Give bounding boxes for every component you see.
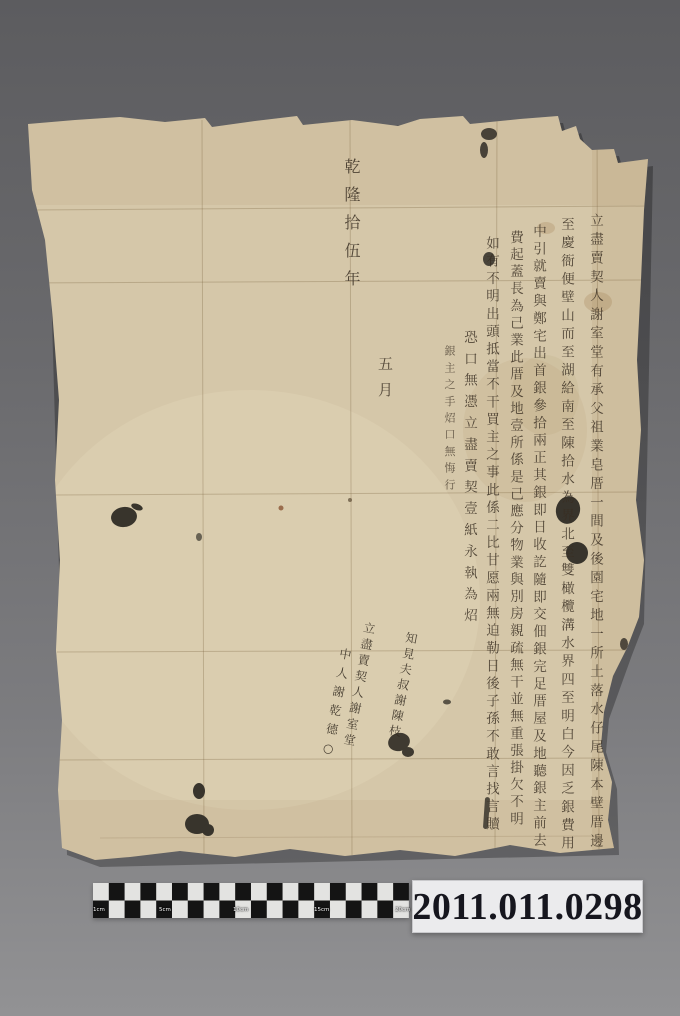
paper-top-shade xyxy=(28,110,648,205)
deed-text-column-6: 恐口無憑立盡賣契壹紙永執為炤 xyxy=(459,330,479,630)
calibration-ruler: 1cm 5cm 10cm 15cm 20cm xyxy=(93,883,409,918)
paper-light-area xyxy=(20,390,480,810)
manuscript-paper xyxy=(0,0,680,1016)
ruler-label-10cm: 10cm xyxy=(233,907,248,913)
deed-text-column-4: 費起蓋長為己業此厝及地壹所係是己應分物業與別房親疏無干並無重張掛欠不明 xyxy=(505,230,525,845)
photograph-background: 乾隆拾伍年 五月 立盡賣契人謝室堂有承父祖業皂厝一間及後園宅地一所土落水仔尾陳本… xyxy=(0,0,680,1016)
deed-text-column-1: 立盡賣契人謝室堂有承父祖業皂厝一間及後園宅地一所土落水仔尾陳本壁厝邊 xyxy=(585,213,605,853)
deed-month-column: 五月 xyxy=(375,356,396,412)
deed-text-column-2: 至慶衙便壁山而至湖給南至陳拾水為界北至雙橄欖溝水界四至明白今因乏銀費用 xyxy=(556,217,576,853)
deed-text-column-5: 如有不明出頭抵當不干買主之事此係二比甘愿兩無迫勒日後子孫不敢言找言贖 xyxy=(481,236,501,836)
accession-number: 2011.011.0298 xyxy=(412,885,642,929)
foxing-dot xyxy=(279,506,284,511)
ruler-label-15cm: 15cm xyxy=(314,907,329,913)
deed-side-note: 銀主之手炤口無悔行 xyxy=(441,345,457,500)
deed-date-column: 乾隆拾伍年 xyxy=(340,158,363,303)
ruler-label-1cm: 1cm xyxy=(93,907,105,913)
ruler-label-20cm: 20cm xyxy=(395,907,410,913)
deed-text-column-3: 中引就賣與鄭宅出首銀參拾兩正其銀即日收訖隨即交佃銀完足厝屋及地聽銀主前去 xyxy=(528,224,548,850)
accession-number-card: 2011.011.0298 xyxy=(412,880,643,933)
ruler-label-5cm: 5cm xyxy=(159,907,171,913)
